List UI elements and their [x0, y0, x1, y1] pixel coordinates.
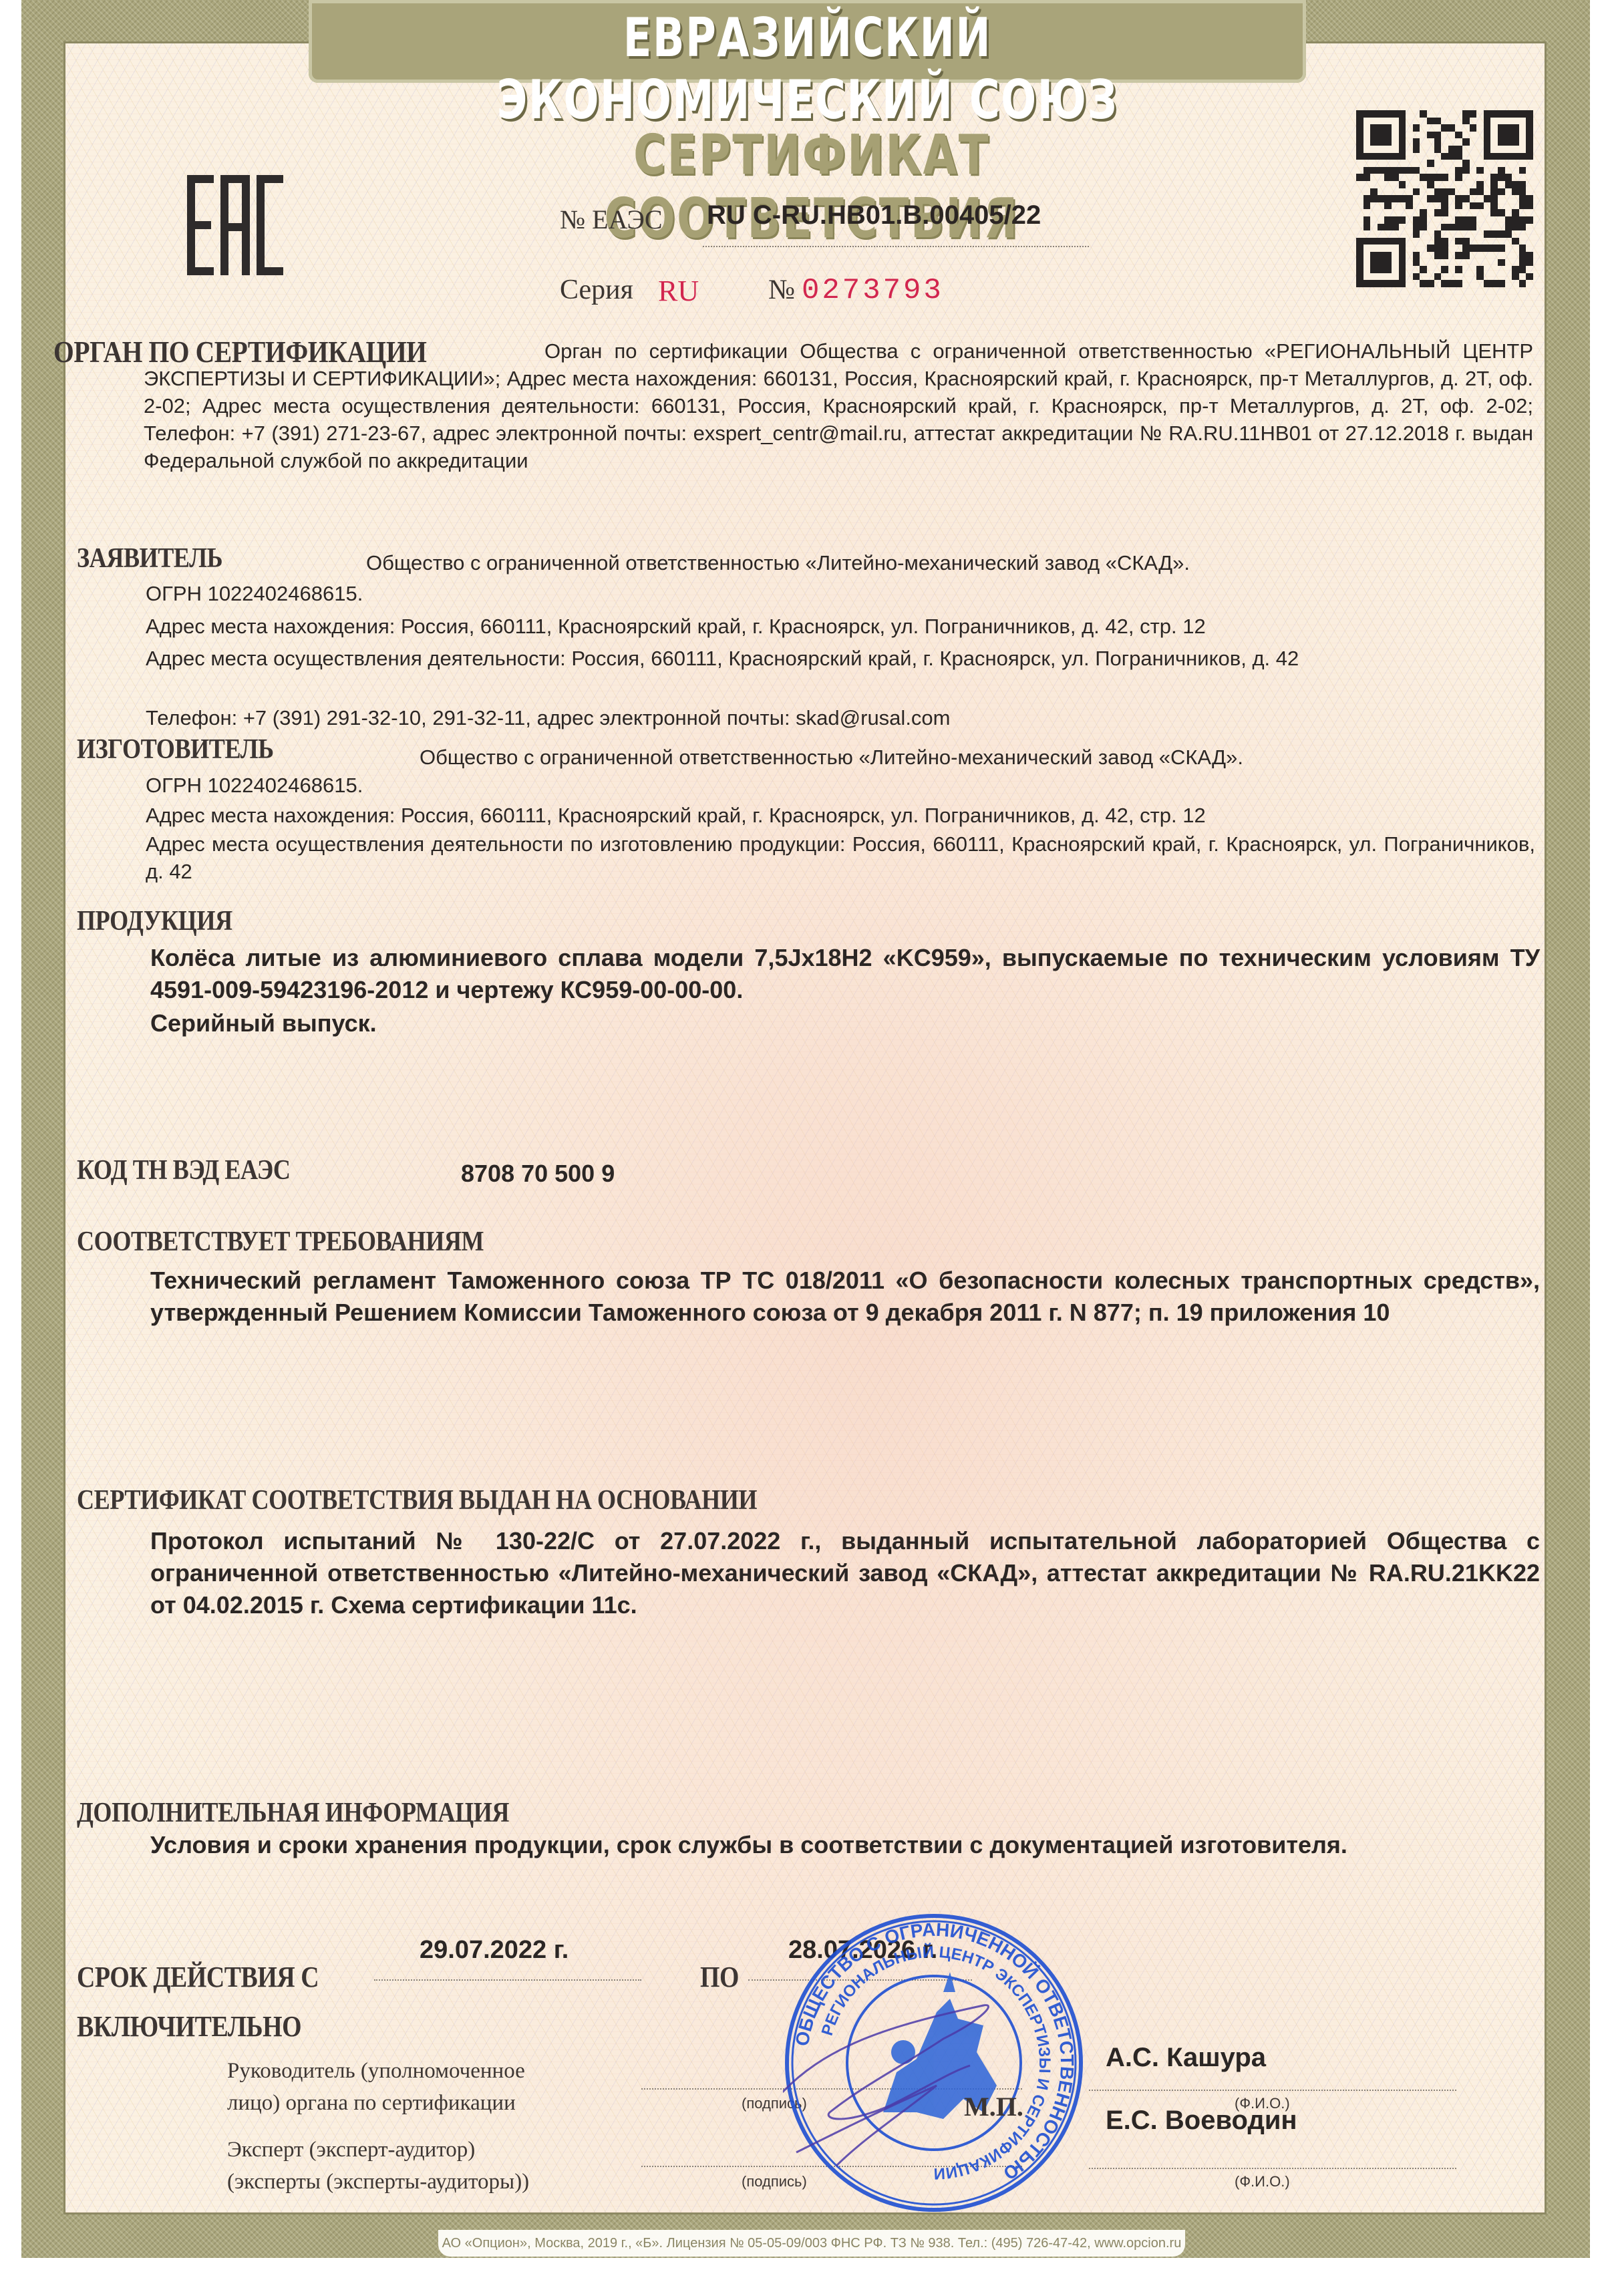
applicant-contacts: Телефон: +7 (391) 291-32-10, 291-32-11, …: [146, 704, 1535, 731]
head-label-2: лицо) органа по сертификации: [227, 2087, 516, 2119]
requirements-text: Технический регламент Таможенного союза …: [150, 1265, 1540, 1329]
manufacturer-address: Адрес места нахождения: Россия, 660111, …: [146, 802, 1535, 829]
head-name: А.С. Кашура: [1106, 2041, 1373, 2074]
basis-heading: СЕРТИФИКАТ СООТВЕТСТВИЯ ВЫДАН НА ОСНОВАН…: [77, 1484, 757, 1516]
product-release-type: Серийный выпуск.: [150, 1007, 818, 1039]
series-label: Серия: [560, 274, 633, 306]
manufacturer-production-address: Адрес места осуществления деятельности п…: [146, 830, 1535, 885]
eac-mark-icon: [187, 175, 281, 275]
manufacturer-name: Общество с ограниченной ответственностью…: [420, 744, 1542, 771]
blank-number-value: 0273793: [802, 274, 944, 307]
printer-imprint: АО «Опцион», Москва, 2019 г., «Б». Лицен…: [438, 2230, 1185, 2257]
head-label-1: Руководитель (уполномоченное: [227, 2055, 525, 2087]
union-header-band: ЕВРАЗИЙСКИЙ ЭКОНОМИЧЕСКИЙ СОЮЗ: [309, 0, 1306, 83]
additional-info-heading: ДОПОЛНИТЕЛЬНАЯ ИНФОРМАЦИЯ: [77, 1797, 509, 1829]
expert-name: Е.С. Воеводин: [1106, 2104, 1373, 2136]
applicant-address: Адрес места нахождения: Россия, 660111, …: [146, 613, 1535, 640]
hs-code-value: 8708 70 500 9: [461, 1158, 862, 1190]
blank-number-label: №: [768, 274, 795, 306]
validity-from-value: 29.07.2022 г.: [420, 1934, 687, 1966]
certification-body-text: Орган по сертификации Общества с огранич…: [144, 337, 1533, 474]
applicant-ogrn: ОГРН 1022402468615.: [146, 580, 814, 607]
hs-code-heading: КОД ТН ВЭД ЕАЭС: [77, 1154, 291, 1186]
applicant-heading: ЗАЯВИТЕЛЬ: [77, 542, 222, 575]
additional-info-text: Условия и сроки хранения продукции, срок…: [150, 1829, 1540, 1861]
applicant-name: Общество с ограниченной ответственностью…: [366, 549, 1502, 577]
cert-number-value: RU C-RU.HB01.B.00405/22: [707, 200, 1041, 230]
product-description: Колёса литые из алюминиевого сплава моде…: [150, 942, 1540, 1006]
validity-to-label: ПО: [700, 1960, 739, 1994]
series-value: RU: [658, 274, 699, 308]
expert-label-1: Эксперт (эксперт-аудитор): [227, 2134, 475, 2166]
seal-mark: М.П.: [964, 2091, 1023, 2122]
expert-label-2: (эксперты (эксперты-аудиторы)): [227, 2166, 529, 2198]
validity-from-label: СРОК ДЕЙСТВИЯ С: [77, 1960, 319, 1994]
qr-code-icon[interactable]: [1356, 110, 1533, 284]
basis-text: Протокол испытаний № 130-22/С от 27.07.2…: [150, 1525, 1540, 1621]
cert-number-underline: [703, 246, 1089, 247]
union-title: ЕВРАЗИЙСКИЙ ЭКОНОМИЧЕСКИЙ СОЮЗ: [418, 7, 1196, 131]
seal-stamp: ОБЩЕСТВО С ОГРАНИЧЕННОЙ ОТВЕТСТВЕННОСТЬЮ…: [783, 1912, 1085, 2214]
validity-from-line: [374, 1979, 641, 1981]
requirements-heading: СООТВЕТСТВУЕТ ТРЕБОВАНИЯМ: [77, 1226, 484, 1258]
expert-name-line: [1089, 2168, 1456, 2169]
validity-inclusive-label: ВКЛЮЧИТЕЛЬНО: [77, 2009, 301, 2043]
product-heading: ПРОДУКЦИЯ: [77, 905, 232, 937]
manufacturer-heading: ИЗГОТОВИТЕЛЬ: [77, 733, 274, 766]
head-name-line: [1089, 2090, 1456, 2091]
manufacturer-ogrn: ОГРН 1022402468615.: [146, 772, 814, 799]
cert-number-label: № ЕАЭС: [560, 204, 663, 235]
expert-name-caption: (Ф.И.О.): [1235, 2173, 1290, 2190]
applicant-activity-address: Адрес места осуществления деятельности: …: [146, 645, 1535, 672]
